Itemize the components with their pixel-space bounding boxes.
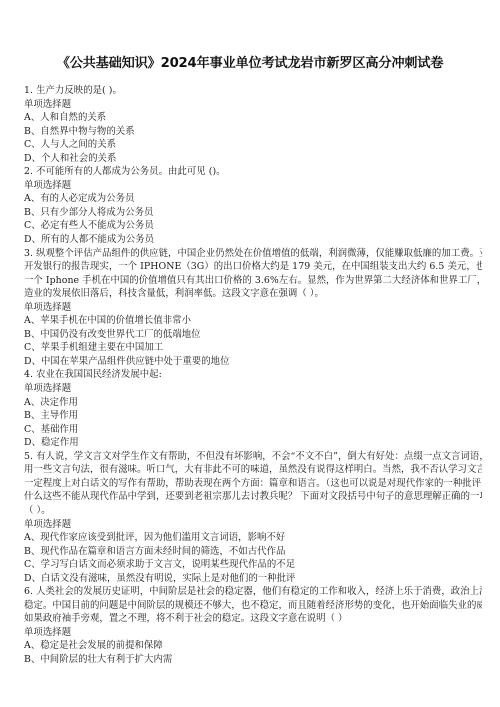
question-stem-line: 什么这些不能从现代作品中学到，还要到老祖宗那儿去讨教兵呢？ 下面对文段括号中句子… [24,490,482,504]
question-stem-line: 如果政府袖手旁观，置之不理，将不利于社会的稳定。这段文字意在说明（ ） [24,612,482,626]
option-b: B、中国仍没有改变世界代工厂的低端地位 [24,328,482,342]
option-c: C、学习写白话文而必须求助于文言文，说明某些现代作品的不足 [24,558,482,572]
option-a: A、有的人必定成为公务员 [24,192,482,206]
question-6: 6. 人类社会的发展历史证明，中间阶层是社会的稳定器，他们有稳定的工作和收入，经… [24,585,482,666]
option-b: B、自然界中物与物的关系 [24,125,482,139]
question-stem-line: 一定程度上对白话文的写作有帮助，帮助表现在两个方面：篇章和语言。（这也可以说是对… [24,477,482,491]
question-stem-line: 稳定。中国目前的问题是中间阶层的规模还不够大，也不稳定，而且随着经济形势的变化，… [24,599,482,613]
question-type-label: 单项选择题 [24,301,482,315]
option-a: A、现代作家应该受到批评，因为他们滥用文言词语，影响不好 [24,531,482,545]
question-4: 4. 农业在我国国民经济发展中起: 单项选择题 A、决定作用 B、主导作用 C、… [24,368,482,449]
option-d: D、稳定作用 [24,436,482,450]
question-3: 3. 纵观整个评估产品组件的供应链，中国企业仍然处在价值增值的低端，利润微薄，仅… [24,247,482,369]
question-stem: 1. 生产力反映的是( )。 [24,84,482,98]
question-type-label: 单项选择题 [24,626,482,640]
question-stem-line: 6. 人类社会的发展历史证明，中间阶层是社会的稳定器，他们有稳定的工作和收入，经… [24,585,482,599]
option-a: A、稳定是社会发展的前提和保障 [24,639,482,653]
question-stem-line: 开发银行的报告现实，一个 IPHONE（3G）的出口价格大约是 179 美元，在… [24,260,482,274]
question-stem-line: 造业的发展依旧落后，科技含量低，利润率低。这段文字意在强调（ ）。 [24,287,482,301]
document-page: 《公共基础知识》2024年事业单位考试龙岩市新罗区高分冲刺试卷 1. 生产力反映… [0,0,500,707]
question-stem-line: （ ）。 [24,504,482,518]
question-type-label: 单项选择题 [24,98,482,112]
question-stem-line: 3. 纵观整个评估产品组件的供应链，中国企业仍然处在价值增值的低端，利润微薄，仅… [24,247,482,261]
option-a: A、人和自然的关系 [24,111,482,125]
option-a: A、决定作用 [24,396,482,410]
document-body: 1. 生产力反映的是( )。 单项选择题 A、人和自然的关系 B、自然界中物与物… [24,84,482,667]
question-1: 1. 生产力反映的是( )。 单项选择题 A、人和自然的关系 B、自然界中物与物… [24,84,482,165]
option-d: D、中国在苹果产品组件供应链中处于重要的地位 [24,355,482,369]
option-a: A、苹果手机在中国的价值增长值非常小 [24,314,482,328]
option-b: B、中间阶层的壮大有利于扩大内需 [24,653,482,667]
option-b: B、只有少部分人将成为公务员 [24,206,482,220]
question-stem: 2. 不可能所有的人都成为公务员。由此可见 ()。 [24,165,482,179]
option-d: D、个人和社会的关系 [24,152,482,166]
option-b: B、现代作品在篇章和语言方面未经时间的筛选，不如古代作品 [24,545,482,559]
question-type-label: 单项选择题 [24,518,482,532]
question-type-label: 单项选择题 [24,179,482,193]
option-c: C、基础作用 [24,423,482,437]
option-d: D、白话文没有滋味，虽然没有明说，实际上是对他们的一种批评 [24,572,482,586]
question-stem-line: 用一些文言句法，很有滋味。听口气，大有非此不可的味道，虽然没有说得这样明白。当然… [24,463,482,477]
question-5: 5. 有人说，学文言文对学生作文有帮助，不但没有坏影响，不会“不文不白”，倒大有… [24,450,482,585]
question-stem: 4. 农业在我国国民经济发展中起: [24,368,482,382]
question-stem-line: 一个 Iphone 手机在中国的价值增值只有其出口价格的 3.6%左右。显然，作… [24,274,482,288]
option-d: D、所有的人都不能成为公务员 [24,233,482,247]
option-c: C、必定有些人不能成为公务员 [24,219,482,233]
question-2: 2. 不可能所有的人都成为公务员。由此可见 ()。 单项选择题 A、有的人必定成… [24,165,482,246]
question-stem-line: 5. 有人说，学文言文对学生作文有帮助，不但没有坏影响，不会“不文不白”，倒大有… [24,450,482,464]
question-type-label: 单项选择题 [24,382,482,396]
document-title: 《公共基础知识》2024年事业单位考试龙岩市新罗区高分冲刺试卷 [0,52,500,71]
option-c: C、人与人之间的关系 [24,138,482,152]
option-c: C、苹果手机组建主要在中国加工 [24,341,482,355]
option-b: B、主导作用 [24,409,482,423]
